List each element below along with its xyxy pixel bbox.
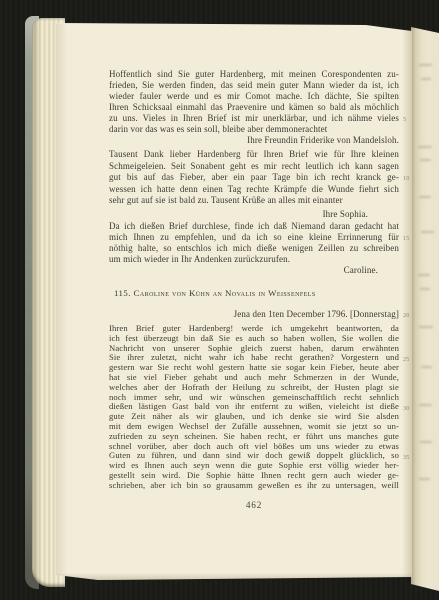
showthrough-mark bbox=[419, 326, 433, 328]
showthrough-mark bbox=[420, 288, 430, 290]
showthrough-mark bbox=[421, 231, 434, 233]
letter-115-body: Ihren Brief guter Hardenberg! werde ich … bbox=[109, 324, 399, 491]
text-line: sehr gut auf sie ist bald zu. Tausent Kr… bbox=[109, 195, 399, 207]
text-line: Hoffentlich sind Sie guter Hardenberg, m… bbox=[109, 69, 399, 80]
text-line: gut bis auf das Fieber, aber ein paar Ta… bbox=[109, 172, 399, 184]
page-number: 462 bbox=[109, 500, 399, 510]
letter-caroline-ps: Da ich dießen Brief durchlese, finde ich… bbox=[109, 221, 399, 265]
letter-friderike: Hoffentlich sind Sie guter Hardenberg, m… bbox=[109, 69, 399, 136]
text-line: wessen ich hatte denn einen Tag rechte K… bbox=[109, 184, 399, 196]
letter-115-heading: 115. Caroline von Kühn an Novalis in Wei… bbox=[114, 288, 399, 299]
showthrough-mark bbox=[421, 78, 431, 80]
text-line: frieden, Sie werden finden, das seid mei… bbox=[109, 80, 399, 91]
showthrough-mark bbox=[418, 274, 430, 276]
showthrough-mark bbox=[419, 64, 432, 66]
showthrough-mark bbox=[420, 441, 432, 443]
text-line: wieder fauler werde und es mir Comot mac… bbox=[109, 91, 399, 102]
showthrough-mark bbox=[418, 146, 432, 148]
text-line: Da ich dießen Brief durchlese, finde ich… bbox=[109, 221, 399, 232]
signature-caroline: Caroline. bbox=[109, 265, 399, 276]
text-line: nöthig halte, so entschlos ich mich dieß… bbox=[109, 243, 399, 254]
signature-sophie: Ihre Sophia. bbox=[109, 209, 399, 220]
text-line: zu uns. Vieles in Ihren Brief ist mir un… bbox=[109, 113, 399, 124]
text-line: Tausent Dank lieber Hardenberg für Ihren… bbox=[109, 149, 399, 161]
showthrough-mark bbox=[421, 366, 432, 368]
letter-115-dateline: Jena den 1ten December 1796. [Donnerstag… bbox=[109, 309, 399, 320]
text-line: darin vor das was es sein soll, bleibe a… bbox=[109, 124, 399, 135]
text-line: Schmeigeleien. Seit Sonabent geht es mir… bbox=[109, 161, 399, 173]
text-line: schrieben, aber ich bin so grausamm gewe… bbox=[109, 481, 399, 491]
book-page: Hoffentlich sind Sie guter Hardenberg, m… bbox=[56, 20, 412, 580]
signature-friderike: Ihre Freundin Friderike von Mandelsloh. bbox=[109, 135, 399, 146]
book-photo: Hoffentlich sind Sie guter Hardenberg, m… bbox=[0, 0, 439, 600]
text-line: um mich wieder in Ihr Andenken zurückzur… bbox=[109, 254, 399, 265]
showthrough-mark bbox=[419, 478, 430, 480]
text-line: Ihren Schicksaal einmahl das Praevenire … bbox=[109, 102, 399, 113]
showthrough-mark bbox=[420, 159, 431, 161]
showthrough-mark bbox=[419, 404, 432, 406]
next-page-edge bbox=[411, 26, 439, 591]
letter-sophie: Tausent Dank lieber Hardenberg für Ihren… bbox=[109, 149, 399, 207]
showthrough-mark bbox=[419, 196, 431, 198]
text-line: mich Ihnen zu empfehlen, und da ich so e… bbox=[109, 232, 399, 243]
